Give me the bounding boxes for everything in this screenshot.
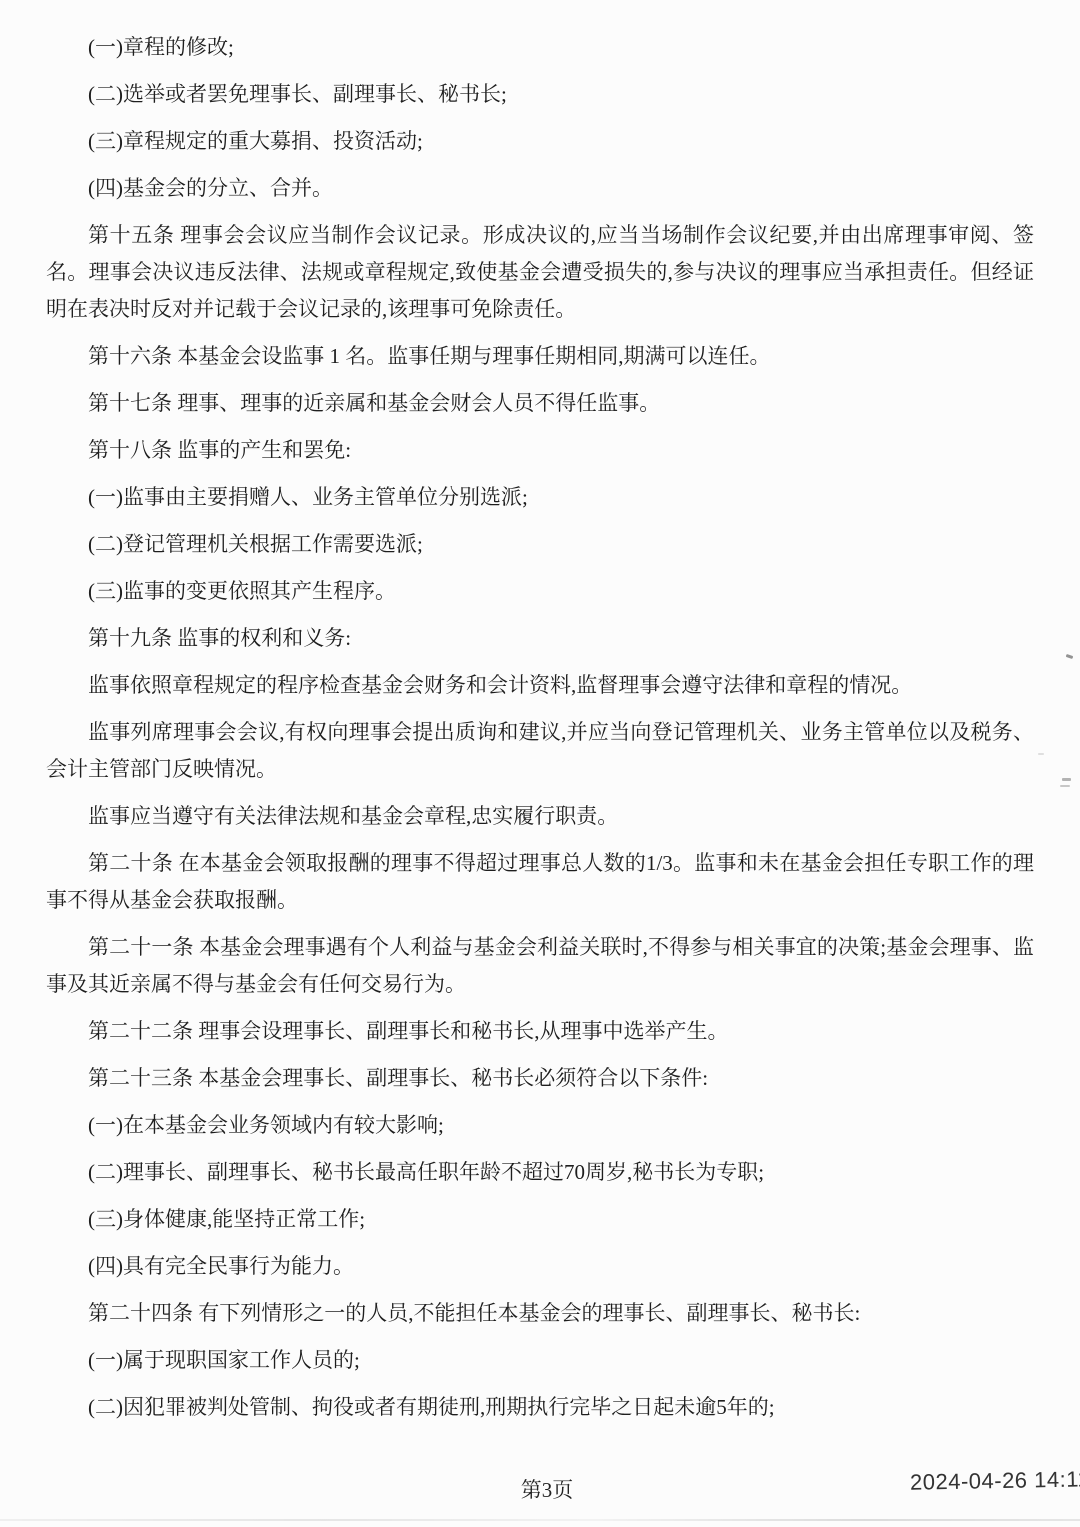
article-16: 第十六条 本基金会设监事 1 名。监事任期与理事任期相同,期满可以连任。 (46, 338, 1034, 375)
subclause-major-fundraising: (三)章程规定的重大募捐、投资活动; (46, 123, 1034, 160)
article-24-subclause-1: (一)属于现职国家工作人员的; (46, 1342, 1034, 1379)
article-15: 第十五条 理事会会议应当制作会议记录。形成决议的,应当当场制作会议纪要,并由出席… (46, 217, 1034, 328)
article-24: 第二十四条 有下列情形之一的人员,不能担任本基金会的理事长、副理事长、秘书长: (46, 1295, 1034, 1332)
article-23: 第二十三条 本基金会理事长、副理事长、秘书长必须符合以下条件: (46, 1060, 1034, 1097)
scan-bottom-edge (0, 1519, 1080, 1521)
article-19-paragraph-3: 监事应当遵守有关法律法规和基金会章程,忠实履行职责。 (46, 798, 1034, 835)
article-20: 第二十条 在本基金会领取报酬的理事不得超过理事总人数的1/3。监事和未在基金会担… (46, 845, 1034, 919)
article-23-subclause-2: (二)理事长、副理事长、秘书长最高任职年龄不超过70周岁,秘书长为专职; (46, 1154, 1034, 1191)
subclause-election-removal: (二)选举或者罢免理事长、副理事长、秘书长; (46, 76, 1034, 113)
article-19-paragraph-2: 监事列席理事会会议,有权向理事会提出质询和建议,并应当向登记管理机关、业务主管单… (46, 714, 1034, 788)
article-19-paragraph-1: 监事依照章程规定的程序检查基金会财务和会计资料,监督理事会遵守法律和章程的情况。 (46, 667, 1034, 704)
document-body: (一)章程的修改; (二)选举或者罢免理事长、副理事长、秘书长; (三)章程规定… (46, 29, 1034, 1436)
scan-speck (1062, 778, 1071, 781)
article-24-subclause-2: (二)因犯罪被判处管制、拘役或者有期徒刑,刑期执行完毕之日起未逾5年的; (46, 1389, 1034, 1426)
scanned-document-page: (一)章程的修改; (二)选举或者罢免理事长、副理事长、秘书长; (三)章程规定… (0, 0, 1080, 1527)
article-17: 第十七条 理事、理事的近亲属和基金会财会人员不得任监事。 (46, 385, 1034, 422)
article-18-subclause-1: (一)监事由主要捐赠人、业务主管单位分别选派; (46, 479, 1034, 516)
page-number-label: 第3页 (521, 1478, 574, 1502)
article-18: 第十八条 监事的产生和罢免: (46, 432, 1034, 469)
article-23-subclause-4: (四)具有完全民事行为能力。 (46, 1248, 1034, 1285)
scan-speck (1060, 785, 1070, 787)
article-18-subclause-2: (二)登记管理机关根据工作需要选派; (46, 526, 1034, 563)
article-23-subclause-1: (一)在本基金会业务领域内有较大影响; (46, 1107, 1034, 1144)
article-18-subclause-3: (三)监事的变更依照其产生程序。 (46, 573, 1034, 610)
scan-speck (1066, 654, 1074, 659)
subclause-charter-amendment: (一)章程的修改; (46, 29, 1034, 66)
article-21: 第二十一条 本基金会理事遇有个人利益与基金会利益关联时,不得参与相关事宜的决策;… (46, 929, 1034, 1003)
subclause-merger-division: (四)基金会的分立、合并。 (46, 170, 1034, 207)
scan-timestamp: 2024-04-26 14:11 (910, 1466, 1080, 1495)
article-23-subclause-3: (三)身体健康,能坚持正常工作; (46, 1201, 1034, 1238)
article-19: 第十九条 监事的权利和义务: (46, 620, 1034, 657)
article-22: 第二十二条 理事会设理事长、副理事长和秘书长,从理事中选举产生。 (46, 1013, 1034, 1050)
scan-speck (1038, 753, 1044, 755)
